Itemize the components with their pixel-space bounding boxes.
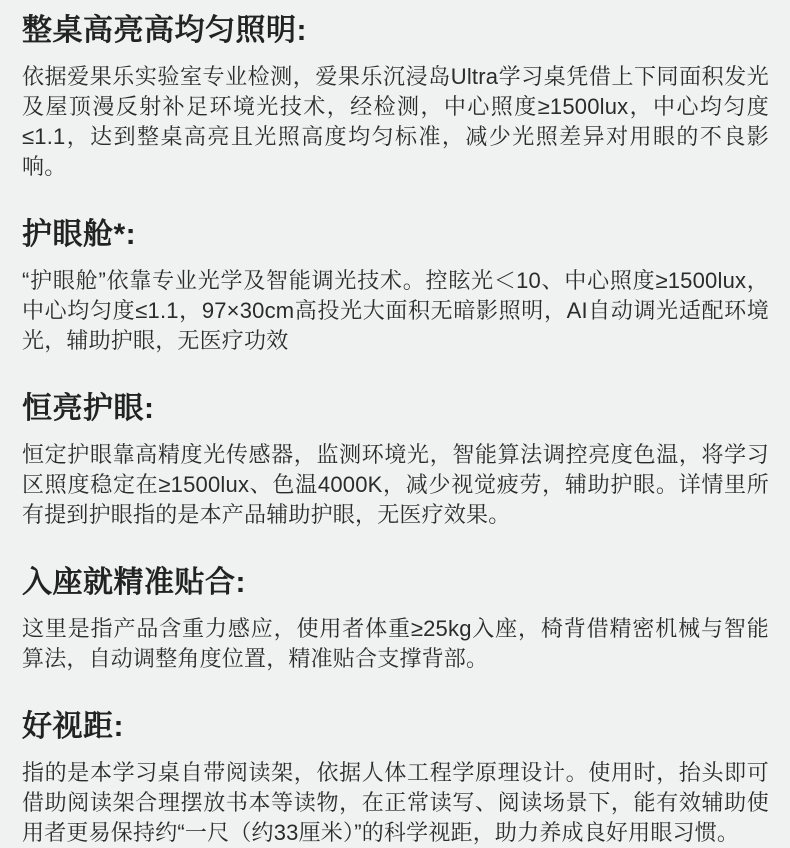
section-precise-fit: 入座就精准贴合: 这里是指产品含重力感应，使用者体重≥25kg入座，椅背借精密机… [22, 567, 769, 674]
section-heading-full-desk-lighting: 整桌高亮高均匀照明: [22, 15, 769, 47]
section-constant-brightness: 恒亮护眼: 恒定护眼靠高精度光传感器，监测环境光，智能算法调控亮度色温，将学习区… [22, 393, 769, 530]
section-eye-care-cabin: 护眼舱*: “护眼舱”依靠专业光学及智能调光技术。控眩光＜10、中心照度≥150… [22, 219, 769, 356]
section-body-viewing-distance: 指的是本学习桌自带阅读架，依据人体工程学原理设计。使用时，抬头即可借助阅读架合理… [22, 758, 769, 848]
section-body-full-desk-lighting: 依据爱果乐实验室专业检测，爱果乐沉浸岛Ultra学习桌凭借上下同面积发光及屋顶漫… [22, 62, 769, 182]
section-heading-constant-brightness: 恒亮护眼: [22, 393, 769, 425]
section-heading-precise-fit: 入座就精准贴合: [22, 567, 769, 599]
section-body-constant-brightness: 恒定护眼靠高精度光传感器，监测环境光，智能算法调控亮度色温，将学习区照度稳定在≥… [22, 440, 769, 530]
product-description-page: 整桌高亮高均匀照明: 依据爱果乐实验室专业检测，爱果乐沉浸岛Ultra学习桌凭借… [0, 0, 790, 848]
section-full-desk-lighting: 整桌高亮高均匀照明: 依据爱果乐实验室专业检测，爱果乐沉浸岛Ultra学习桌凭借… [22, 15, 769, 182]
section-body-eye-care-cabin: “护眼舱”依靠专业光学及智能调光技术。控眩光＜10、中心照度≥1500lux，中… [22, 266, 769, 356]
section-heading-viewing-distance: 好视距: [22, 711, 769, 743]
section-heading-eye-care-cabin: 护眼舱*: [22, 219, 769, 251]
section-viewing-distance: 好视距: 指的是本学习桌自带阅读架，依据人体工程学原理设计。使用时，抬头即可借助… [22, 711, 769, 848]
section-body-precise-fit: 这里是指产品含重力感应，使用者体重≥25kg入座，椅背借精密机械与智能算法，自动… [22, 614, 769, 674]
